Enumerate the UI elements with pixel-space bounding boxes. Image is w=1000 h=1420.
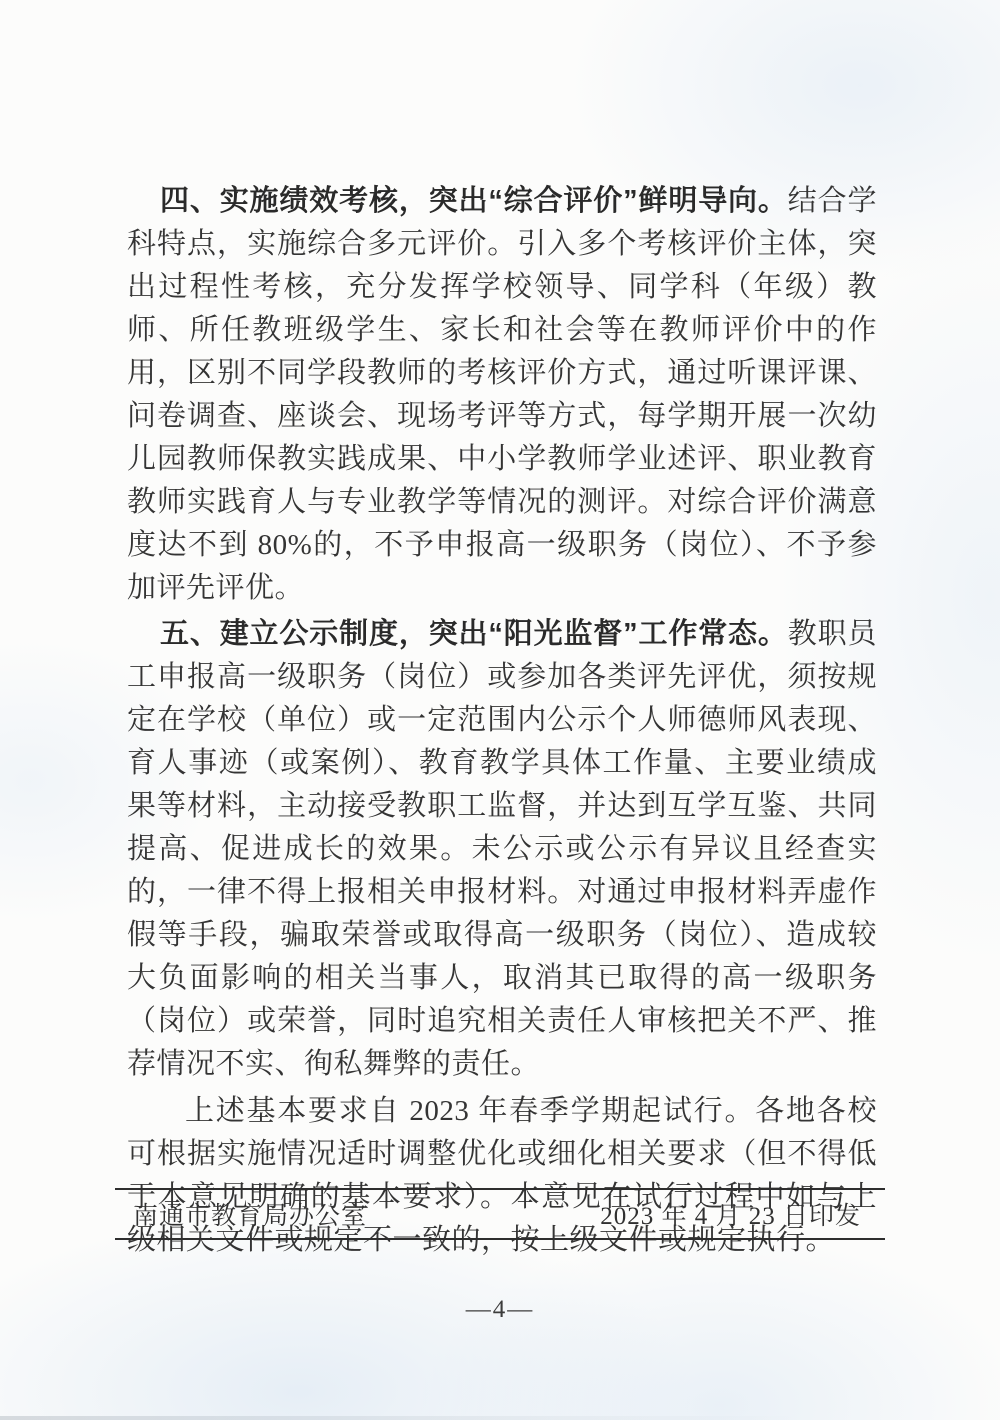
section-4-text: 结合学科特点，实施综合多元评价。引入多个考核评价主体，突出过程性考核，充分发挥学… <box>127 185 877 604</box>
section-5-heading: 五、建立公示制度，突出“阳光监督”工作常态。 <box>160 618 788 650</box>
section-4-paragraph: 四、实施绩效考核，突出“综合评价”鲜明导向。结合学科特点，实施综合多元评价。引入… <box>127 180 877 610</box>
issuing-office: 南通市教育局办公室 <box>133 1196 367 1232</box>
document-body: 四、实施绩效考核，突出“综合评价”鲜明导向。结合学科特点，实施综合多元评价。引入… <box>127 180 877 1262</box>
section-5-paragraph: 五、建立公示制度，突出“阳光监督”工作常态。教职员工申报高一级职务（岗位）或参加… <box>127 613 877 1086</box>
print-date: 2023 年 4 月 23 日印发 <box>600 1196 861 1232</box>
scanned-document-page: 四、实施绩效考核，突出“综合评价”鲜明导向。结合学科特点，实施综合多元评价。引入… <box>0 0 1000 1420</box>
section-4-heading: 四、实施绩效考核，突出“综合评价”鲜明导向。 <box>160 185 788 217</box>
page-number: —4— <box>0 1296 1000 1324</box>
scan-edge-shadow <box>0 1416 1000 1420</box>
colophon-bar: 南通市教育局办公室 2023 年 4 月 23 日印发 <box>115 1188 885 1240</box>
section-5-text: 教职员工申报高一级职务（岗位）或参加各类评先评优，须按规定在学校（单位）或一定范… <box>127 618 877 1080</box>
